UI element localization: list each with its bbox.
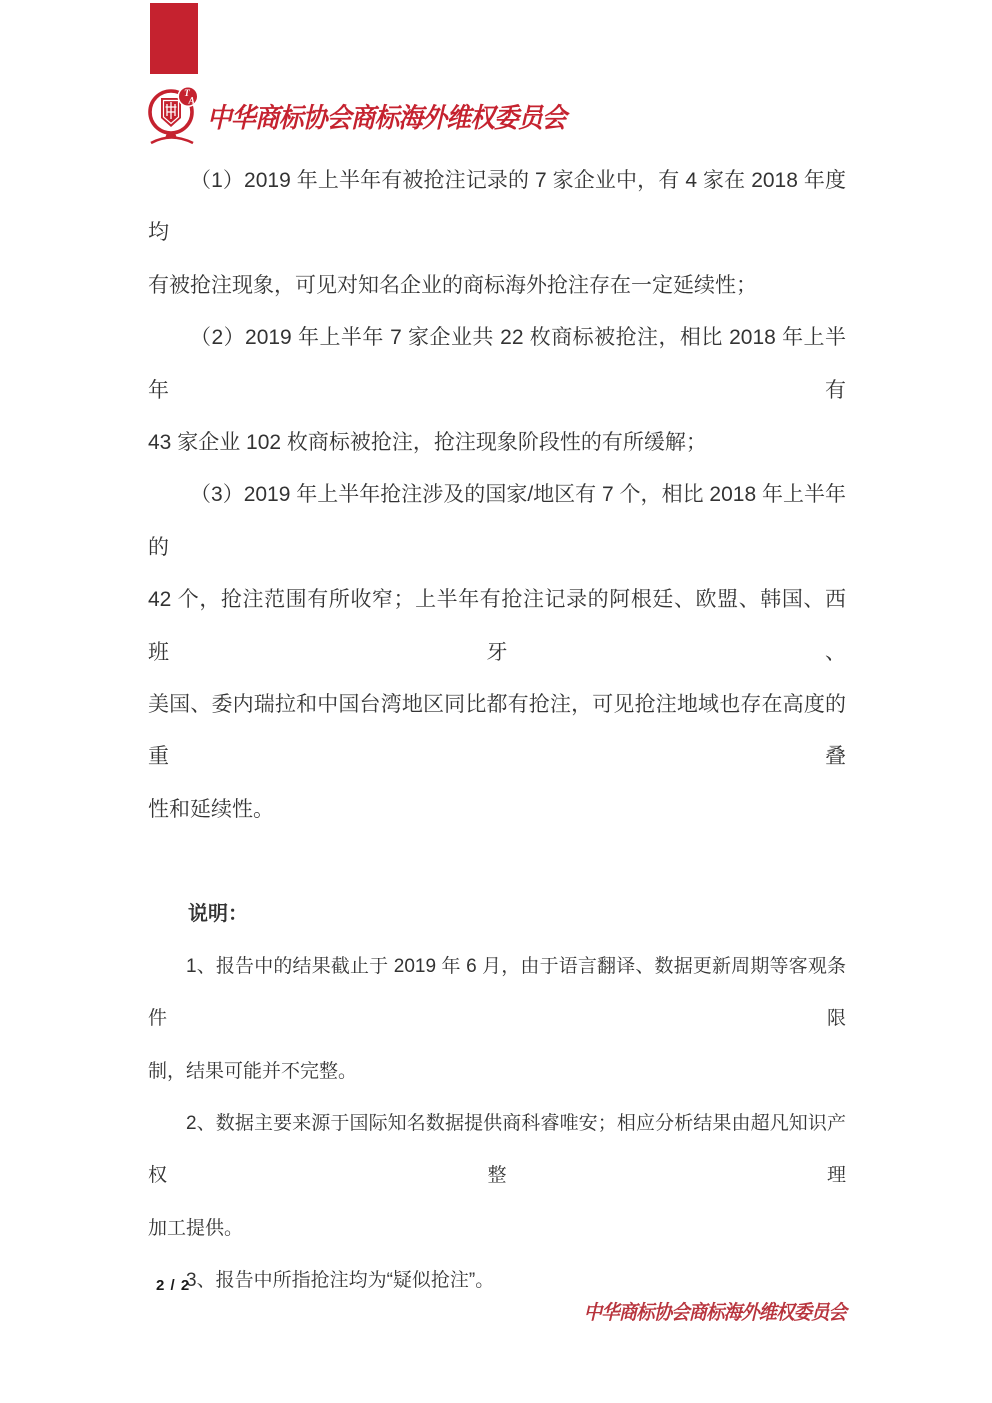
paragraph-line: 美国、委内瑞拉和中国台湾地区同比都有抢注，可见抢注地域也存在高度的重叠 (148, 679, 846, 784)
paragraph-line: 42 个，抢注范围有所收窄；上半年有抢注记录的阿根廷、欧盟、韩国、西班牙、 (148, 574, 846, 679)
svg-text:A: A (188, 97, 195, 107)
note-line: 2、数据主要来源于国际知名数据提供商科睿唯安；相应分析结果由超凡知识产权整理 (148, 1098, 846, 1203)
page-number: 2 / 2 (156, 1277, 190, 1294)
document-page: T A 中华商标协会商标海外维权委员会 （1）2019 年上半年有被抢注记录的 … (0, 0, 992, 1403)
note-line: 制，结果可能并不完整。 (148, 1046, 846, 1098)
paragraph-line: 有被抢注现象，可见对知名企业的商标海外抢注存在一定延续性； (148, 260, 846, 312)
org-name-footer: 中华商标协会商标海外维权委员会 (584, 1296, 846, 1325)
paragraph-line: 性和延续性。 (148, 784, 846, 836)
note-2: 2、数据主要来源于国际知名数据提供商科睿唯安；相应分析结果由超凡知识产权整理 加… (148, 1098, 846, 1255)
org-name-header: 中华商标协会商标海外维权委员会 (207, 96, 566, 135)
paragraph-line: （3）2019 年上半年抢注涉及的国家/地区有 7 个，相比 2018 年上半年… (148, 469, 846, 574)
paragraph-line: （2）2019 年上半年 7 家企业共 22 枚商标被抢注，相比 2018 年上… (148, 312, 846, 417)
paragraph-line: 43 家企业 102 枚商标被抢注，抢注现象阶段性的有所缓解； (148, 417, 846, 469)
notes-title: 说明： (148, 888, 846, 940)
paragraph-1: （1）2019 年上半年有被抢注记录的 7 家企业中，有 4 家在 2018 年… (148, 155, 846, 312)
note-line: 加工提供。 (148, 1203, 846, 1255)
note-1: 1、报告中的结果截止于 2019 年 6 月，由于语言翻译、数据更新周期等客观条… (148, 941, 846, 1098)
document-body: （1）2019 年上半年有被抢注记录的 7 家企业中，有 4 家在 2018 年… (148, 155, 846, 1308)
paragraph-line: （1）2019 年上半年有被抢注记录的 7 家企业中，有 4 家在 2018 年… (148, 155, 846, 260)
paragraph-2: （2）2019 年上半年 7 家企业共 22 枚商标被抢注，相比 2018 年上… (148, 312, 846, 469)
cta-globe-logo-icon: T A (146, 85, 200, 145)
paragraph-3: （3）2019 年上半年抢注涉及的国家/地区有 7 个，相比 2018 年上半年… (148, 469, 846, 836)
note-line: 1、报告中的结果截止于 2019 年 6 月，由于语言翻译、数据更新周期等客观条… (148, 941, 846, 1046)
header: T A 中华商标协会商标海外维权委员会 (146, 85, 597, 145)
brand-red-square (150, 3, 198, 74)
